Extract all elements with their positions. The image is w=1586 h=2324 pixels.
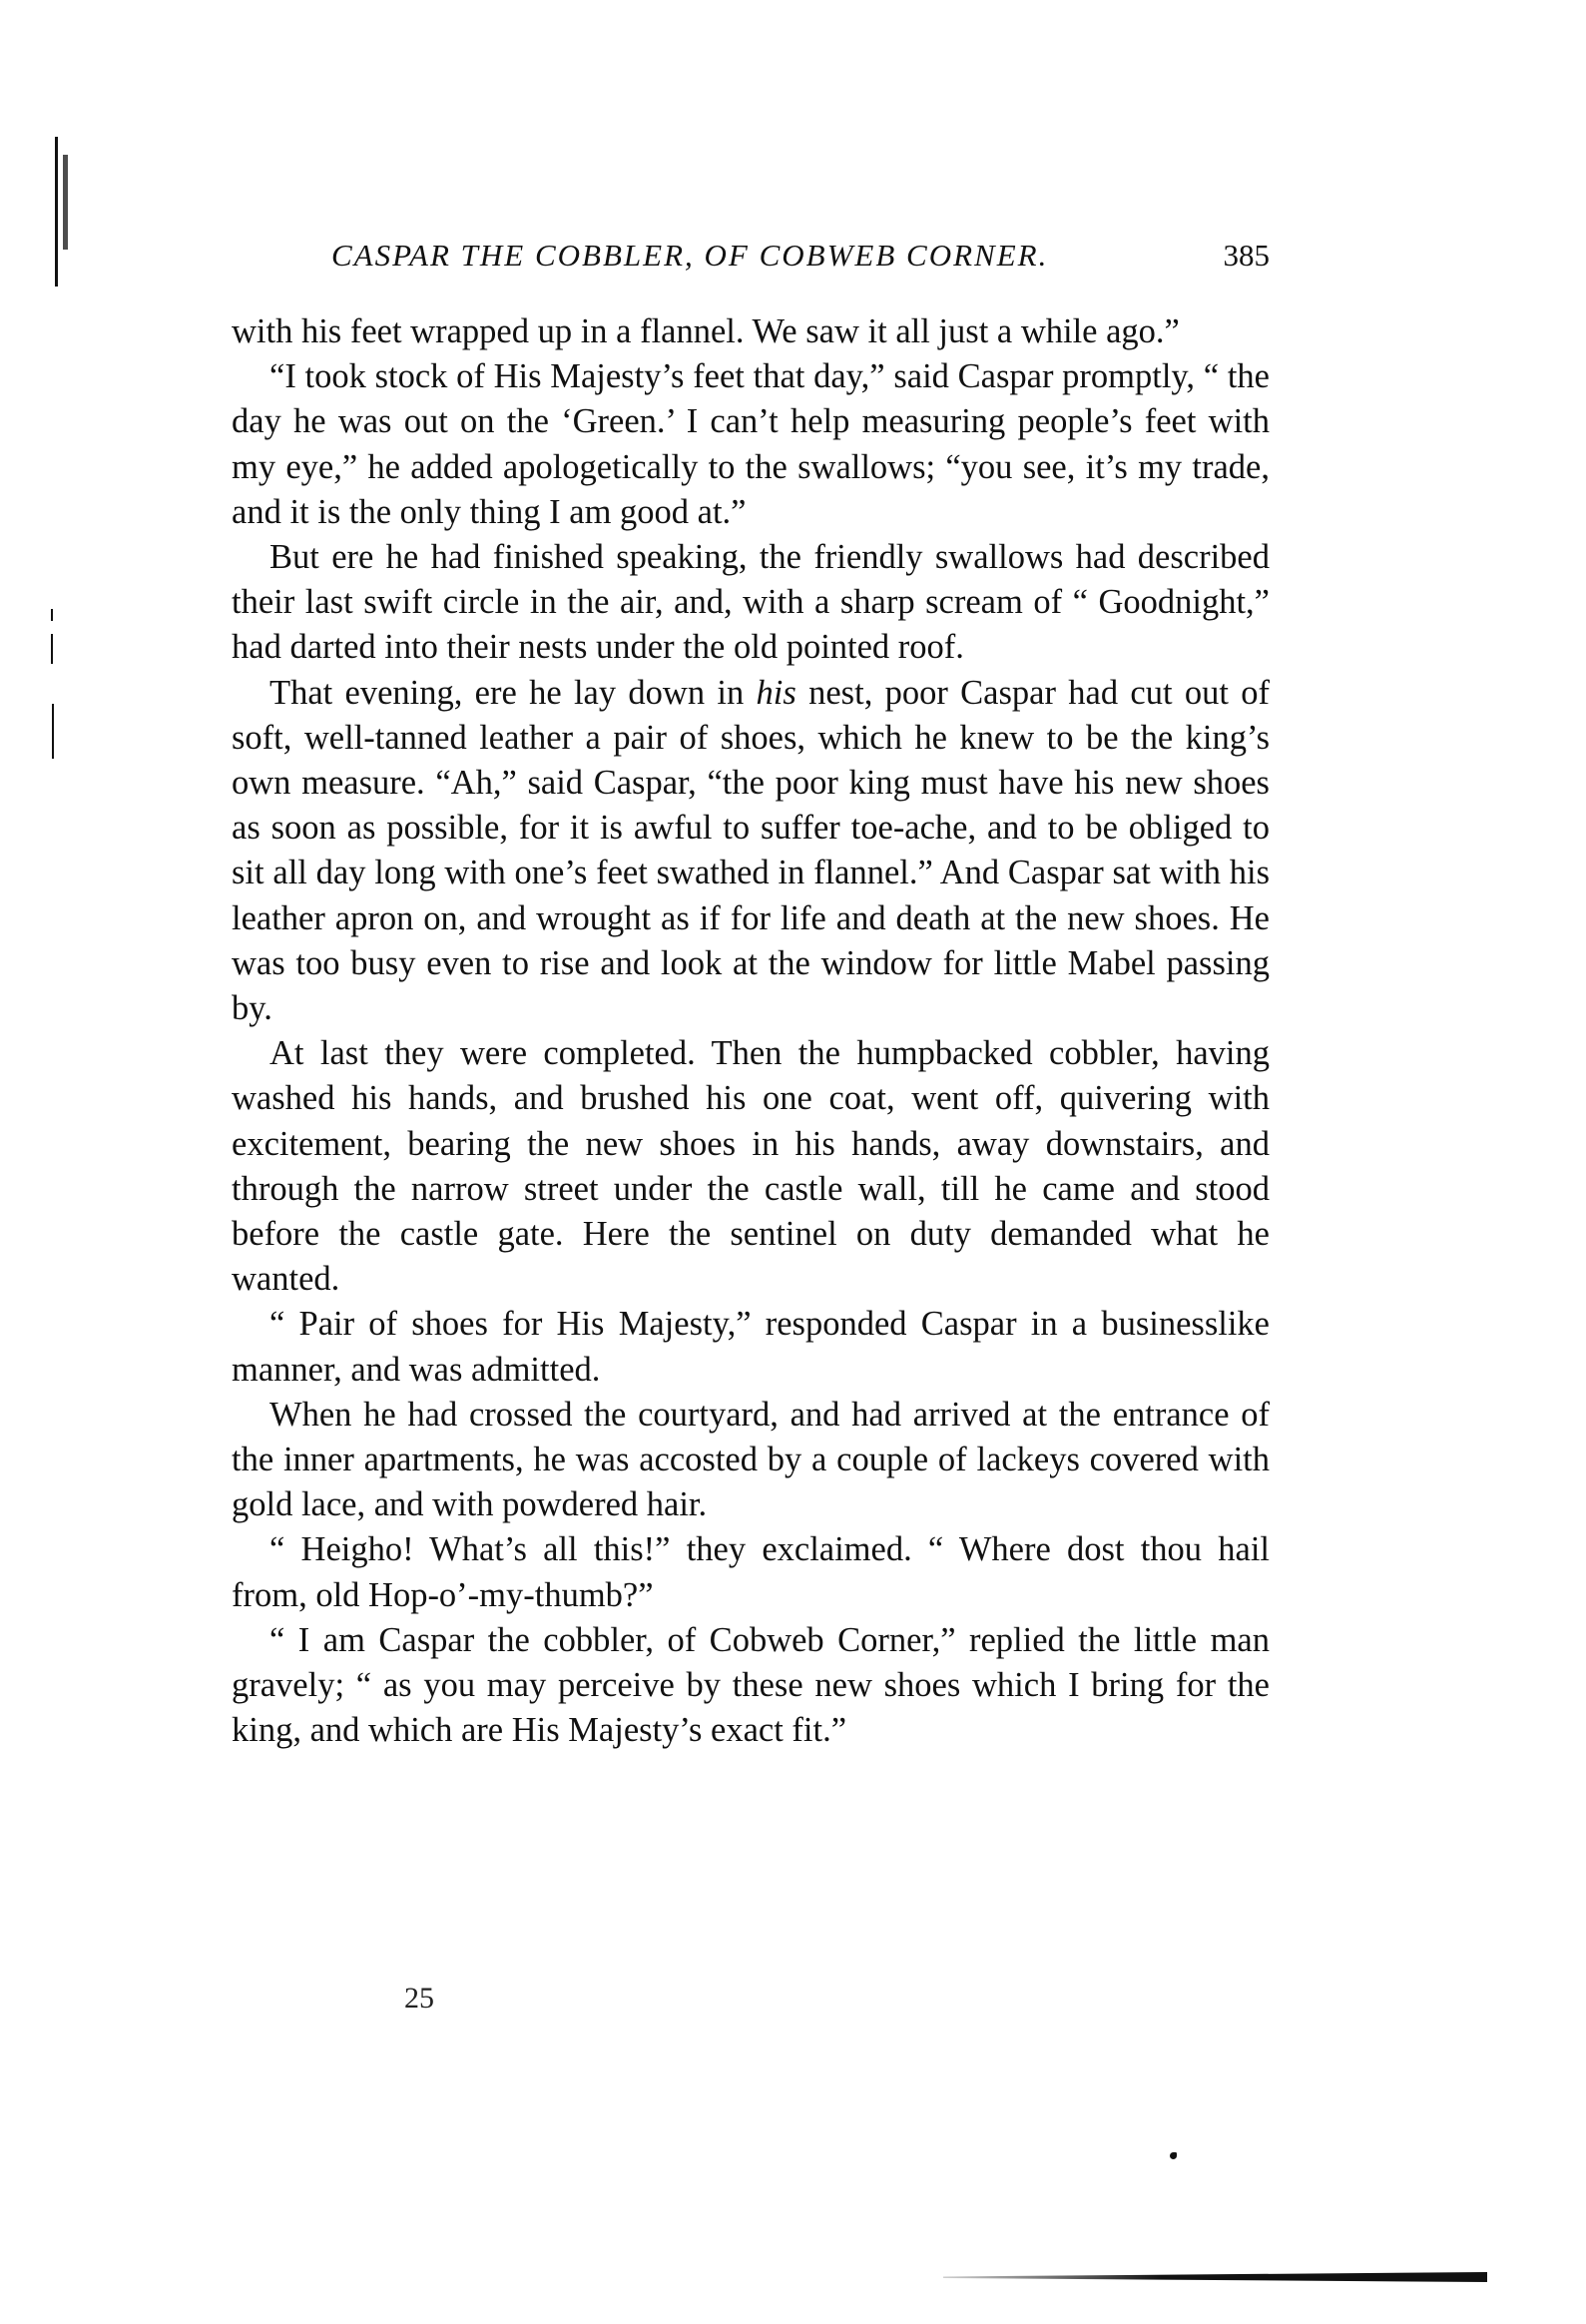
paragraph: When he had crossed the courtyard, and h…: [232, 1393, 1270, 1528]
scan-artifact-tick: [52, 704, 54, 759]
running-head: CASPAR THE COBBLER, OF COBWEB CORNER. 38…: [331, 238, 1270, 288]
paragraph: That evening, ere he lay down in his nes…: [232, 671, 1270, 1032]
paragraph-text: That evening, ere he lay down in: [269, 674, 757, 712]
paragraph: “I took stock of His Majesty’s feet that…: [232, 354, 1270, 535]
ink-speck: [1170, 2152, 1177, 2159]
paragraph: At last they were completed. Then the hu…: [232, 1031, 1270, 1302]
scan-artifact-binding-edge: [55, 137, 58, 287]
body-text: with his feet wrapped up in a flannel. W…: [232, 309, 1270, 1754]
running-title: CASPAR THE COBBLER, OF COBWEB CORNER.: [331, 238, 1048, 274]
scan-artifact-tick: [51, 609, 53, 621]
paragraph: But ere he had finished speaking, the fr…: [232, 535, 1270, 671]
paragraph-continuation: with his feet wrapped up in a flannel. W…: [232, 309, 1270, 354]
paragraph: “ Heigho! What’s all this!” they exclaim…: [232, 1527, 1270, 1617]
book-page: CASPAR THE COBBLER, OF COBWEB CORNER. 38…: [0, 0, 1586, 2324]
scan-artifact-tick: [51, 634, 53, 664]
paragraph: “ Pair of shoes for His Majesty,” respon…: [232, 1302, 1270, 1392]
page-number: 385: [1224, 238, 1271, 274]
scan-artifact-binding-shadow: [63, 155, 68, 250]
paragraph-text: nest, poor Caspar had cut out of soft, w…: [232, 674, 1270, 1027]
signature-mark: 25: [404, 1982, 434, 2016]
paragraph: “ I am Caspar the cobbler, of Cobweb Cor…: [232, 1618, 1270, 1754]
bottom-rule-divider: [943, 2272, 1487, 2282]
emphasis-text: his: [757, 674, 796, 712]
